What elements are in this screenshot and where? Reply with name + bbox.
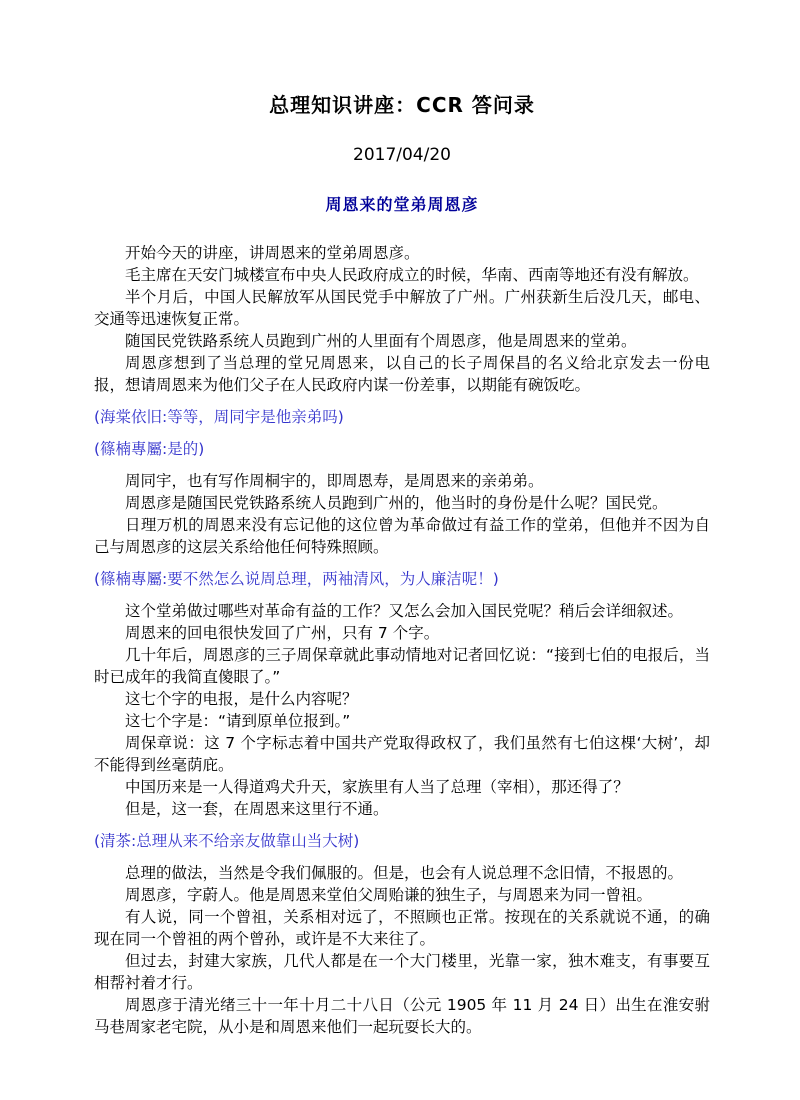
paragraph: 这七个字的电报，是什么内容呢？ (94, 688, 710, 710)
paragraph: 周恩彦于清光绪三十一年十月二十八日（公元 1905 年 11 月 24 日）出生… (94, 994, 710, 1038)
paragraph: 周同宇，也有写作周桐宇的，即周恩寿，是周恩来的亲弟弟。 (94, 470, 710, 492)
paragraph: 周保章说：这 7 个字标志着中国共产党取得政权了，我们虽然有七伯这棵‘大树’，却… (94, 732, 710, 776)
paragraph: 周恩来的回电很快发回了广州，只有 7 个字。 (94, 622, 710, 644)
chat-comment: (篠楠專屬:是的) (94, 438, 710, 460)
paragraph: 随国民党铁路系统人员跑到广州的人里面有个周恩彦，他是周恩来的堂弟。 (94, 330, 710, 352)
paragraph: 毛主席在天安门城楼宣布中央人民政府成立的时候，华南、西南等地还有没有解放。 (94, 264, 710, 286)
paragraph: 周恩彦想到了当总理的堂兄周恩来，以自己的长子周保昌的名义给北京发去一份电报，想请… (94, 352, 710, 396)
paragraph: 几十年后，周恩彦的三子周保章就此事动情地对记者回忆说：“接到七伯的电报后，当时已… (94, 644, 710, 688)
document-date: 2017/04/20 (94, 144, 710, 166)
paragraph: 周恩彦，字蔚人。他是周恩来堂伯父周贻谦的独生子，与周恩来为同一曾祖。 (94, 884, 710, 906)
chat-comment: (清茶:总理从来不给亲友做靠山当大树) (94, 830, 710, 852)
paragraph: 开始今天的讲座，讲周恩来的堂弟周恩彦。 (94, 242, 710, 264)
paragraph: 这个堂弟做过哪些对革命有益的工作？又怎么会加入国民党呢？稍后会详细叙述。 (94, 600, 710, 622)
paragraph: 有人说，同一个曾祖，关系相对远了，不照顾也正常。按现在的关系就说不通，的确现在同… (94, 906, 710, 950)
section-heading: 周恩来的堂弟周恩彦 (94, 194, 710, 216)
paragraph: 中国历来是一人得道鸡犬升天，家族里有人当了总理（宰相），那还得了？ (94, 776, 710, 798)
document-page: 总理知识讲座：CCR 答问录 2017/04/20 周恩来的堂弟周恩彦 开始今天… (0, 0, 800, 1100)
chat-comment: (海棠依旧:等等，周同宇是他亲弟吗) (94, 406, 710, 428)
document-body: 开始今天的讲座，讲周恩来的堂弟周恩彦。毛主席在天安门城楼宣布中央人民政府成立的时… (94, 242, 710, 1038)
paragraph: 这七个字是：“请到原单位报到。” (94, 710, 710, 732)
paragraph: 日理万机的周恩来没有忘记他的这位曾为革命做过有益工作的堂弟，但他并不因为自己与周… (94, 514, 710, 558)
document-title: 总理知识讲座：CCR 答问录 (94, 92, 710, 118)
chat-comment: (篠楠專屬:要不然怎么说周总理，两袖清风，为人廉洁呢！) (94, 568, 710, 590)
paragraph: 但过去，封建大家族，几代人都是在一个大门楼里，光靠一家，独木难支，有事要互相帮衬… (94, 950, 710, 994)
paragraph: 周恩彦是随国民党铁路系统人员跑到广州的，他当时的身份是什么呢？国民党。 (94, 492, 710, 514)
paragraph: 但是，这一套，在周恩来这里行不通。 (94, 798, 710, 820)
paragraph: 半个月后，中国人民解放军从国民党手中解放了广州。广州获新生后没几天，邮电、交通等… (94, 286, 710, 330)
paragraph: 总理的做法，当然是令我们佩服的。但是，也会有人说总理不念旧情，不报恩的。 (94, 862, 710, 884)
